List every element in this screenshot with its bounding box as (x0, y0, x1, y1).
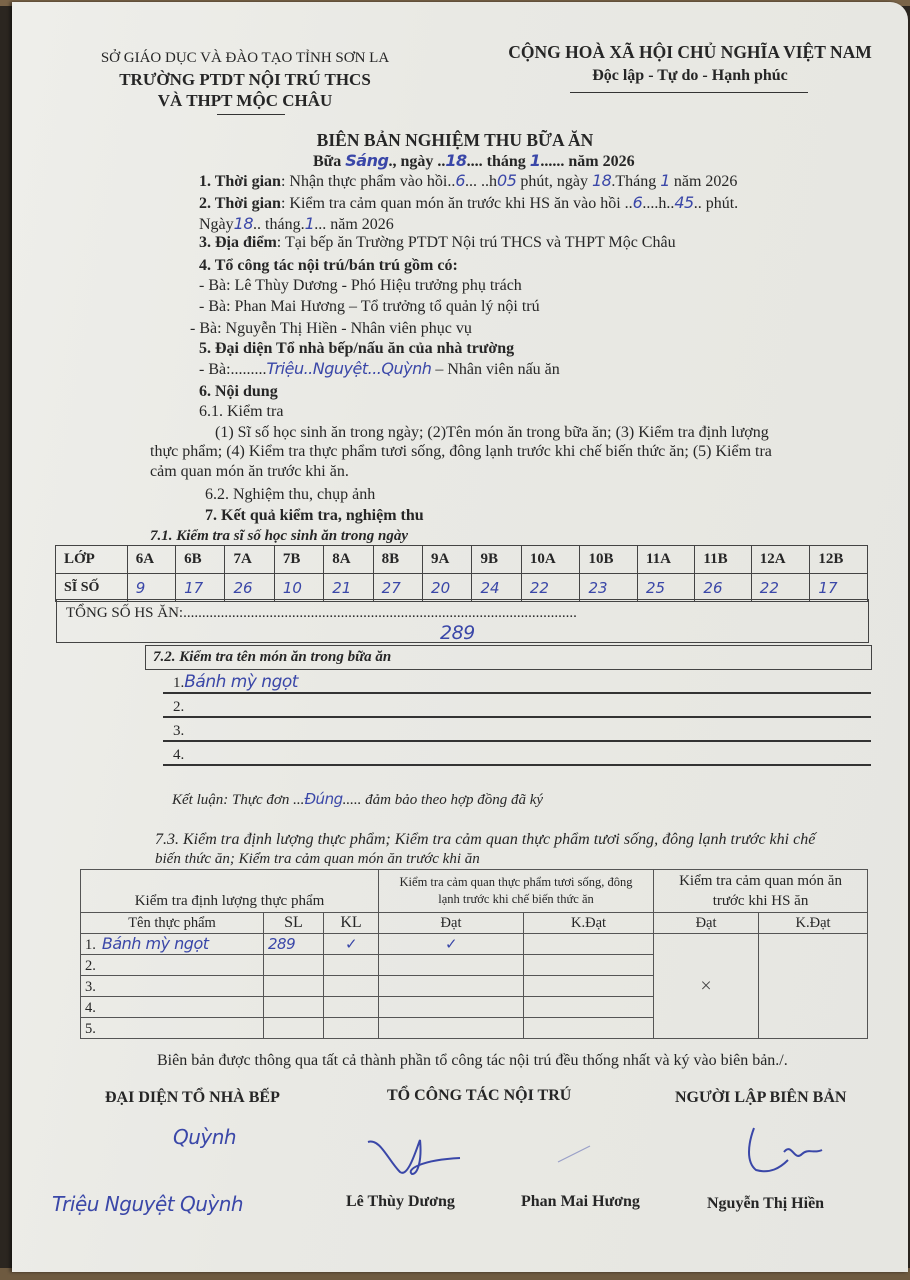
writer-name: Nguyễn Thị Hiền (707, 1195, 824, 1213)
cook-name: Triệu..Nguyệt...Quỳnh (267, 359, 432, 378)
member-2: - Bà: Phan Mai Hương – Tổ trưởng tổ quản… (199, 298, 540, 316)
class-name-cell: 10A (521, 546, 580, 574)
food-kdat-cell (524, 934, 654, 955)
food-dat-cell (379, 997, 524, 1018)
department-name: SỞ GIÁO DỤC VÀ ĐÀO TẠO TỈNH SƠN LA (95, 48, 395, 69)
closing-statement: Biên bản được thông qua tất cả thành phầ… (157, 1052, 788, 1070)
food-col-header: K.Đạt (759, 913, 868, 934)
food-kl-cell (324, 1018, 379, 1039)
member-3: - Bà: Nguyễn Thị Hiền - Nhân viên phục v… (190, 320, 472, 338)
class-name-cell: 7B (274, 546, 323, 574)
food-col-header: K.Đạt (524, 913, 654, 934)
national-motto: Độc lập - Tự do - Hạnh phúc (500, 64, 880, 88)
class-name-cell: 6B (176, 546, 225, 574)
section-7-3-title-2: biến thức ăn; Kiểm tra cảm quan món ăn t… (155, 851, 480, 868)
food-dat-cell (379, 1018, 524, 1039)
food-table-header: Tên thực phẩmSLKLĐạtK.ĐạtĐạtK.Đạt (81, 913, 868, 934)
section-6-2: 6.2. Nghiệm thu, chụp ảnh (205, 486, 375, 504)
class-name-cell: 12B (810, 546, 868, 574)
class-count-cell: 22 (521, 574, 580, 602)
signature-phan-mai-huong (550, 1140, 600, 1170)
food-col-header: SL (264, 913, 324, 934)
school-name: TRƯỜNG PTDT NỘI TRÚ THCS (95, 69, 395, 90)
meal-day: 18 (445, 151, 466, 170)
class-name-cell: 8B (373, 546, 422, 574)
food-sl-cell (264, 997, 324, 1018)
dish-item: 2. (173, 696, 184, 716)
meal-name: Sáng (345, 151, 388, 170)
meal-line: Bữa Sáng., ngày ..18.... tháng 1...... n… (313, 151, 635, 171)
team-member-name-1: Lê Thùy Dương (346, 1193, 455, 1211)
total-label: TỔNG SỐ HS ĂN:..........................… (66, 605, 577, 622)
class-count-cell: 17 (810, 574, 868, 602)
header-rule (217, 114, 285, 115)
food-kl-cell (324, 997, 379, 1018)
section-5-title: 5. Đại diện Tổ nhà bếp/nấu ăn của nhà tr… (199, 340, 514, 358)
class-name-cell: 9A (423, 546, 472, 574)
count-header: SĨ SỐ (56, 574, 128, 602)
dish-name: Bánh mỳ ngọt (184, 672, 298, 692)
class-name-cell: 9B (472, 546, 521, 574)
class-count-cell: 22 (751, 574, 810, 602)
conclusion-value: Đúng (304, 790, 342, 808)
food-sl-cell (264, 955, 324, 976)
content-paragraph: (1) Sĩ số học sinh ăn trong ngày; (2)Tên… (215, 424, 769, 442)
food-sl-cell (264, 1018, 324, 1039)
class-name-cell: 12A (751, 546, 810, 574)
food-col-header: Đạt (379, 913, 524, 934)
section-7-2-title: 7.2. Kiểm tra tên món ăn trong bữa ăn (153, 649, 391, 666)
section-6-title: 6. Nội dung (199, 383, 278, 401)
food-kdat-cell (524, 976, 654, 997)
food-col-header: Đạt (654, 913, 759, 934)
food-col-header: KL (324, 913, 379, 934)
section-7-title: 7. Kết quả kiểm tra, nghiệm thu (205, 507, 424, 525)
class-count-cell: 17 (176, 574, 225, 602)
group-before-meal: Kiểm tra cảm quan món ăn trước khi HS ăn (654, 870, 868, 913)
food-check-table: Kiểm tra định lượng thực phẩm Kiểm tra c… (80, 869, 868, 1039)
food-kdat-cell (524, 997, 654, 1018)
class-count-cell: 23 (580, 574, 637, 602)
class-name-cell: 6A (127, 546, 175, 574)
food-sl-cell: 289 (264, 934, 324, 955)
section-3: 3. Địa điểm: Tại bếp ăn Trường PTDT Nội … (199, 234, 676, 252)
cook-line: - Bà:.........Triệu..Nguyệt...Quỳnh – Nh… (199, 359, 560, 379)
menu-conclusion: Kết luận: Thực đơn ...Đúng..... đảm bảo … (172, 790, 543, 809)
food-kdat-cell (524, 1018, 654, 1039)
before-meal-fail-cell (759, 934, 868, 1039)
food-name-cell: 2. (81, 955, 264, 976)
class-name-cell: 7A (225, 546, 274, 574)
class-count-table: LỚP 6A6B7A7B8A8B9A9B10A10B11A11B12A12B S… (55, 545, 868, 602)
dish-line (163, 692, 871, 694)
food-table-body: 1.Bánh mỳ ngọt289✓✓×2.3.4.5. (81, 934, 868, 1039)
food-sl-cell (264, 976, 324, 997)
food-table-group-row: Kiểm tra định lượng thực phẩm Kiểm tra c… (81, 870, 868, 913)
class-header: LỚP (56, 546, 128, 574)
kitchen-rep-title: ĐẠI DIỆN TỔ NHÀ BẾP (105, 1089, 280, 1107)
before-meal-pass-cell: × (654, 934, 759, 1039)
section-4-title: 4. Tổ công tác nội trú/bán trú gồm có: (199, 257, 458, 275)
class-row: LỚP 6A6B7A7B8A8B9A9B10A10B11A11B12A12B (56, 546, 868, 574)
dish-item: 1.Bánh mỳ ngọt (173, 672, 298, 692)
food-name-cell: 3. (81, 976, 264, 997)
class-count-cell: 10 (274, 574, 323, 602)
meal-month: 1 (530, 151, 541, 170)
class-count-cell: 26 (695, 574, 751, 602)
food-dat-cell (379, 976, 524, 997)
food-kdat-cell (524, 955, 654, 976)
document-title: BIÊN BẢN NGHIỆM THU BỮA ĂN (0, 130, 910, 151)
class-count-cell: 25 (637, 574, 694, 602)
class-count-cell: 9 (127, 574, 175, 602)
kitchen-rep-handwritten-name: Triệu Nguyệt Quỳnh (52, 1192, 243, 1216)
food-row: 1.Bánh mỳ ngọt289✓✓× (81, 934, 868, 955)
team-member-name-2: Phan Mai Hương (521, 1193, 640, 1211)
section-7-3-title: 7.3. Kiểm tra định lượng thực phẩm; Kiểm… (155, 831, 815, 849)
group-quantity: Kiểm tra định lượng thực phẩm (81, 870, 379, 913)
national-header: CỘNG HOÀ XÃ HỘI CHỦ NGHĨA VIỆT NAM Độc l… (500, 40, 880, 88)
agency-header: SỞ GIÁO DỤC VÀ ĐÀO TẠO TỈNH SƠN LA TRƯỜN… (95, 48, 395, 111)
dish-item: 4. (173, 744, 184, 764)
class-count-cell: 27 (373, 574, 422, 602)
food-dat-cell (379, 955, 524, 976)
total-value: 289 (440, 622, 475, 644)
dish-line (163, 716, 871, 718)
dish-line (163, 764, 871, 766)
food-name-cell: 1.Bánh mỳ ngọt (81, 934, 264, 955)
count-row: SĨ SỐ 917261021272024222325262217 (56, 574, 868, 602)
header-rule (570, 92, 808, 93)
class-count-cell: 21 (324, 574, 373, 602)
food-col-header: Tên thực phẩm (81, 913, 264, 934)
food-kl-cell (324, 955, 379, 976)
class-count-cell: 20 (423, 574, 472, 602)
writer-title: NGƯỜI LẬP BIÊN BẢN (675, 1089, 846, 1107)
section-2-date: Ngày18.. tháng.1... năm 2026 (199, 214, 394, 234)
class-name-cell: 10B (580, 546, 637, 574)
section-1: 1. Thời gian: Nhận thực phẩm vào hồi..6.… (199, 171, 737, 191)
class-count-cell: 24 (472, 574, 521, 602)
kitchen-signature: Quỳnh (173, 1125, 236, 1149)
signature-le-thuy-duong (360, 1130, 470, 1180)
food-dat-cell: ✓ (379, 934, 524, 955)
national-title: CỘNG HOÀ XÃ HỘI CHỦ NGHĨA VIỆT NAM (500, 40, 880, 64)
section-2: 2. Thời gian: Kiểm tra cảm quan món ăn t… (199, 193, 738, 213)
class-name-cell: 11B (695, 546, 751, 574)
member-1: - Bà: Lê Thùy Dương - Phó Hiệu trưởng ph… (199, 277, 522, 295)
school-name-2: VÀ THPT MỘC CHÂU (95, 90, 395, 111)
class-name-cell: 8A (324, 546, 373, 574)
section-6-1: 6.1. Kiểm tra (199, 403, 283, 421)
food-kl-cell (324, 976, 379, 997)
class-name-cell: 11A (637, 546, 694, 574)
food-kl-cell: ✓ (324, 934, 379, 955)
food-name-cell: 4. (81, 997, 264, 1018)
section-7-1-title: 7.1. Kiểm tra sĩ số học sinh ăn trong ng… (150, 528, 408, 545)
food-name-cell: 5. (81, 1018, 264, 1039)
content-paragraph: thực phẩm; (4) Kiểm tra thực phẩm tươi s… (150, 443, 772, 461)
group-fresh-food: Kiểm tra cảm quan thực phẩm tươi sống, đ… (379, 870, 654, 913)
class-count-cell: 26 (225, 574, 274, 602)
content-paragraph: cảm quan món ăn trước khi ăn. (150, 463, 349, 481)
boarding-team-title: TỔ CÔNG TÁC NỘI TRÚ (387, 1087, 571, 1105)
signature-nguyen-thi-hien (740, 1122, 840, 1177)
dish-line (163, 740, 871, 742)
dish-item: 3. (173, 720, 184, 740)
